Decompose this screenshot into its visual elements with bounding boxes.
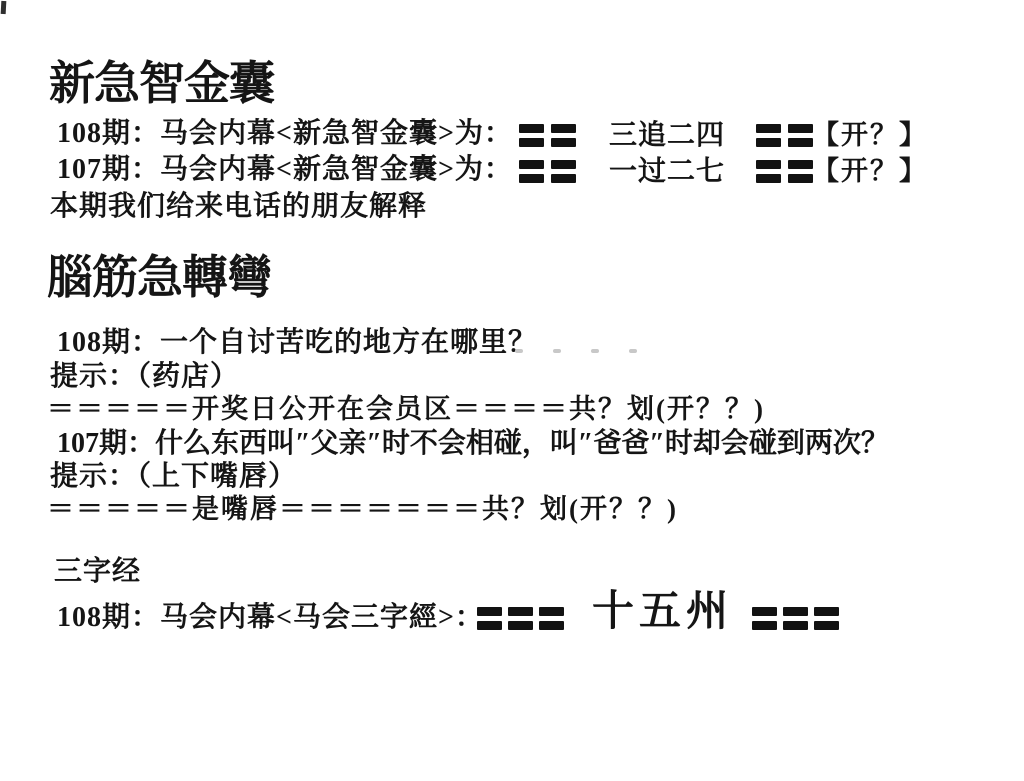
sanzijing-section-title: 三字经	[54, 556, 141, 588]
scan-corner-artifact	[1, 1, 7, 14]
triple-broken-bars-icon	[752, 607, 839, 630]
jinnang-row-108-result: 【开？】	[812, 120, 928, 151]
jinnang-note: 本期我们给来电话的朋友解释	[50, 191, 427, 223]
naojin-answer-line-108: ＝＝＝＝＝开奖日公开在会员区＝＝＝＝共？划(开？？)	[47, 394, 765, 425]
double-broken-bars-icon	[756, 160, 813, 183]
faint-print-dots	[515, 349, 637, 353]
jinnang-row-107-phrase: 一过二七	[609, 156, 725, 188]
naojin-hint-107: 提示：（上下嘴唇）	[50, 461, 297, 493]
jinnang-row-108-label: 108期：马会内幕<新急智金囊>为：	[57, 118, 513, 150]
jinnang-row-107-result: 【开？】	[812, 156, 928, 187]
sanzijing-row-label: 108期：马会内幕<马会三字經>：	[57, 602, 484, 634]
naojin-hint-108: 提示：（药店）	[50, 361, 239, 393]
naojin-question-107: 107期：什么东西叫″父亲″时不会相碰，叫″爸爸″时却会碰到两次？	[57, 428, 889, 460]
triple-broken-bars-icon	[477, 607, 564, 630]
double-broken-bars-icon	[519, 124, 576, 147]
double-broken-bars-icon	[756, 124, 813, 147]
naojin-answer-line-107: ＝＝＝＝＝是嘴唇＝＝＝＝＝＝＝共？划(开？？)	[47, 494, 678, 525]
naojin-question-108: 108期：一个自讨苦吃的地方在哪里？	[57, 327, 537, 359]
sanzijing-phrase: 十五州	[592, 588, 733, 636]
naojin-section-title: 腦筋急轉彎	[47, 252, 272, 305]
jinnang-section-title: 新急智金囊	[49, 58, 274, 111]
jinnang-row-108-phrase: 三追二四	[609, 120, 725, 152]
double-broken-bars-icon	[519, 160, 576, 183]
jinnang-row-107-label: 107期：马会内幕<新急智金囊>为：	[57, 154, 513, 186]
scanned-tip-sheet: 新急智金囊 108期：马会内幕<新急智金囊>为： 三追二四 【开？】 107期：…	[0, 0, 1024, 781]
